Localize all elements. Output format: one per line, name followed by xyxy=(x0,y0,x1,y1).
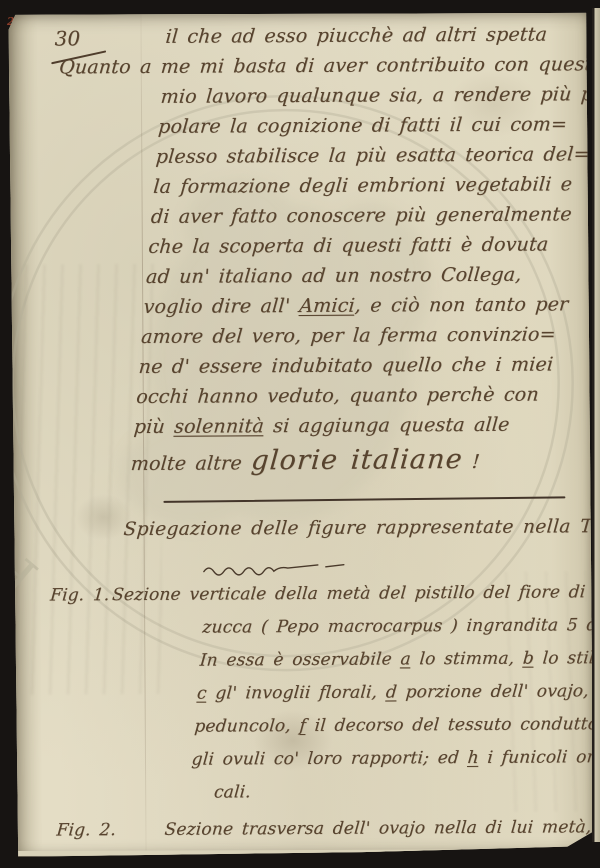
figure-1-caption: Fig. 1. Sezione verticale della metà del… xyxy=(8,582,581,817)
paragraph: il che ad esso piucchè ad altri spetta Q… xyxy=(130,23,581,476)
figure-label: Fig. 2. xyxy=(56,820,117,840)
manuscript-line: voglio dire all' Amici, e ciò non tanto … xyxy=(142,293,558,326)
page-number: 30 xyxy=(55,26,81,50)
stamp-watermark-text: PERITATI xyxy=(8,228,49,609)
line-text: , e ciò non tanto per xyxy=(354,293,569,316)
manuscript-line: polare la cognizione di fatti il cui com… xyxy=(157,113,573,146)
caption-line: Sezione verticale della metà del pistill… xyxy=(110,582,582,618)
manuscript-line: amore del vero, per la ferma convinzio= xyxy=(140,323,556,356)
manuscript-line: di aver fatto conoscere più generalmente xyxy=(149,203,565,236)
line-text: lo stimma, xyxy=(410,649,524,670)
line-text: In essa è osservabile xyxy=(199,649,401,670)
svg-text:PERITATI: PERITATI xyxy=(8,228,49,609)
underlined-word: solennità xyxy=(173,415,265,438)
manuscript-line: Quanto a me mi basta di aver contribuito… xyxy=(58,53,578,86)
line-text: il decorso del tessuto conduttore, xyxy=(305,714,593,736)
underlined-word: Amici xyxy=(298,295,355,317)
manuscript-line: ne d' essere indubitato quello che i mie… xyxy=(137,353,553,386)
section-heading: Spiegazione delle figure rappresentate n… xyxy=(123,516,594,540)
section-divider xyxy=(163,496,565,503)
line-text: i funicoli ombili= xyxy=(478,747,594,768)
adjacent-page-edge xyxy=(592,8,600,842)
line-text: gli ovuli co' loro rapporti; ed xyxy=(191,748,469,770)
heading-flourish xyxy=(202,560,397,577)
manuscript-line: plesso stabilisce la più esatta teorica … xyxy=(154,143,570,176)
manuscript-line: la formazione degli embrioni vegetabili … xyxy=(152,173,568,206)
caption-line: c gl' invoglii florali, d porzione dell'… xyxy=(195,681,574,716)
manuscript-line: che la scoperta di questi fatti è dovuta xyxy=(147,233,563,266)
manuscript-line: molte altre glorie italiane ! xyxy=(130,444,546,477)
line-text: porzione dell' ovajo, xyxy=(396,681,593,702)
line-text: si aggiunga questa alle xyxy=(263,414,510,438)
caption-line: peduncolo, f il decorso del tessuto cond… xyxy=(192,714,571,749)
line-text: peduncolo, xyxy=(194,716,301,737)
manuscript-line: ad un' italiano ad un nostro Collega, xyxy=(145,263,561,296)
manuscript-line: più solennità si aggiunga questa alle xyxy=(132,413,548,446)
caption-line: In essa è osservabile a lo stimma, b lo … xyxy=(198,648,577,683)
line-text: gl' invoglii florali, xyxy=(206,682,387,703)
line-text: lo stilo, xyxy=(533,648,593,668)
line-text: ! xyxy=(462,451,481,473)
manuscript-line: il che ad esso piucchè ad altri spetta xyxy=(164,23,580,56)
caption-line: zucca ( Pepo macrocarpus ) ingrandita 5 … xyxy=(201,615,580,650)
manuscript-line: mio lavoro qualunque sia, a rendere più … xyxy=(159,83,575,116)
caption-line: Sezione trasversa dell' ovajo nella di l… xyxy=(163,817,584,853)
line-text: molte altre xyxy=(130,452,252,475)
caption-line: cali. xyxy=(212,780,566,815)
figure-label: Fig. 1. xyxy=(49,585,110,605)
caption-line: gli ovuli co' loro rapporti; ed h i funi… xyxy=(190,747,569,782)
emphasis-large: glorie italiane xyxy=(250,444,464,476)
line-text: più xyxy=(133,416,175,438)
manuscript-line: occhi hanno veduto, quanto perchè con xyxy=(135,383,551,416)
manuscript-paper: PERITATI 30 il che ad esso piucchè ad al… xyxy=(8,11,593,857)
figure-2-caption: Fig. 2. Sezione trasversa dell' ovajo ne… xyxy=(11,817,584,853)
ink-stain xyxy=(63,484,143,550)
line-text: voglio dire all' xyxy=(143,295,301,318)
scanned-manuscript-page: 2 PERITATI xyxy=(0,0,600,868)
